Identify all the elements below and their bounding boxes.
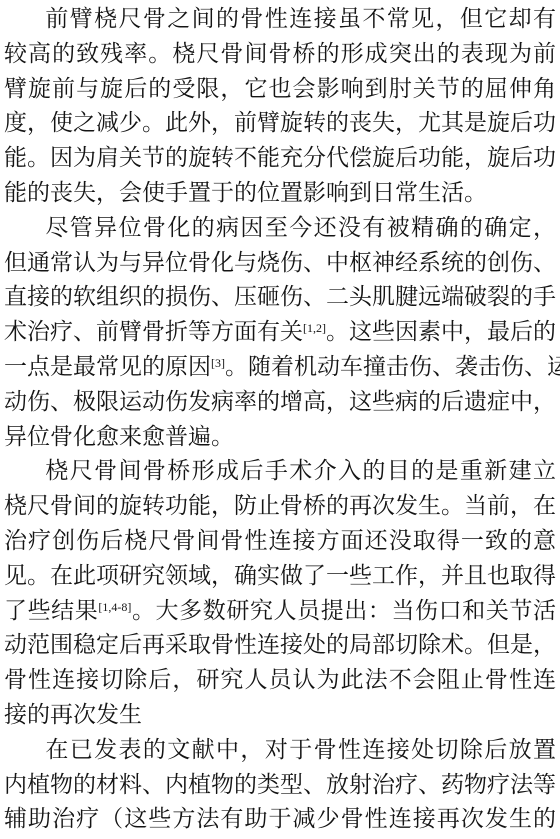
- text-run: 但通常认为与异位骨化与烧伤、中枢神经系统的创伤、: [4, 250, 556, 275]
- text-run: 前臂桡尺骨之间的骨性连接虽不常见，但它却有: [45, 6, 556, 31]
- text-line: 尽管异位骨化的病因至今还没有被精确的确定，: [4, 211, 556, 246]
- paragraph: 尽管异位骨化的病因至今还没有被精确的确定，但通常认为与异位骨化与烧伤、中枢神经系…: [4, 211, 556, 455]
- text-run: 见。在此项研究领域，确实做了一些工作，并且也取得: [4, 563, 556, 588]
- text-line: 动范围稳定后再采取骨性连接处的局部切除术。但是，: [4, 628, 556, 663]
- text-run: 一点是最常见的原因: [4, 354, 211, 379]
- text-line: 异位骨化愈来愈普遍。: [4, 420, 556, 455]
- text-line: 但通常认为与异位骨化与烧伤、中枢神经系统的创伤、: [4, 246, 556, 281]
- text-line: 治疗创伤后桡尺骨间骨性连接方面还没取得一致的意: [4, 524, 556, 559]
- text-run: 在已发表的文献中，对于骨性连接处切除后放置: [45, 737, 556, 762]
- text-line: 桡尺骨间的旋转功能，防止骨桥的再次发生。当前，在: [4, 489, 556, 524]
- text-line: 能的丧失，会使手置于的位置影响到日常生活。: [4, 176, 556, 211]
- text-run: 直接的软组织的损伤、压砸伤、二头肌腱远端破裂的手: [4, 284, 556, 309]
- text-run: 。这些因素中，最后的: [326, 319, 556, 344]
- text-line: 术治疗、前臂骨折等方面有关[1,2]。这些因素中，最后的: [4, 315, 556, 350]
- text-run: 异位骨化愈来愈普遍。: [4, 424, 234, 449]
- text-line: 内植物的材料、内植物的类型、放射治疗、药物疗法等: [4, 768, 556, 803]
- text-line: 一点是最常见的原因[3]。随着机动车撞击伤、袭击伤、运: [4, 350, 556, 385]
- text-line: 桡尺骨间骨桥形成后手术介入的目的是重新建立: [4, 454, 556, 489]
- text-run: 治疗创伤后桡尺骨间骨性连接方面还没取得一致的意: [4, 528, 556, 553]
- text-line: 动伤、极限运动伤发病率的增高，这些病的后遗症中，: [4, 385, 556, 420]
- text-line: 度，使之减少。此外，前臂旋转的丧失，尤其是旋后功: [4, 106, 556, 141]
- text-run: 桡尺骨间骨桥形成后手术介入的目的是重新建立: [45, 458, 556, 483]
- text-run: 能的丧失，会使手置于的位置影响到日常生活。: [4, 180, 487, 205]
- citation-ref: [3]: [211, 356, 225, 370]
- text-line: 直接的软组织的损伤、压砸伤、二头肌腱远端破裂的手: [4, 280, 556, 315]
- text-line: 辅助治疗（这些方法有助于减少骨性连接再次发生的: [4, 802, 556, 837]
- text-line: 了些结果[1,4-8]。大多数研究人员提出：当伤口和关节活: [4, 594, 556, 629]
- text-run: 能。因为肩关节的旋转不能充分代偿旋后功能，旋后功: [4, 145, 556, 170]
- text-run: 动伤、极限运动伤发病率的增高，这些病的后遗症中，: [4, 389, 556, 414]
- paragraph: 前臂桡尺骨之间的骨性连接虽不常见，但它却有较高的致残率。桡尺骨间骨桥的形成突出的…: [4, 2, 556, 211]
- citation-ref: [1,4-8]: [98, 600, 131, 614]
- text-run: 动范围稳定后再采取骨性连接处的局部切除术。但是，: [4, 632, 556, 657]
- text-run: 桡尺骨间的旋转功能，防止骨桥的再次发生。当前，在: [4, 493, 556, 518]
- text-run: 较高的致残率。桡尺骨间骨桥的形成突出的表现为前: [4, 41, 556, 66]
- text-run: 了些结果: [4, 598, 98, 623]
- text-run: 接的再次发生: [4, 702, 142, 727]
- text-line: 在已发表的文献中，对于骨性连接处切除后放置: [4, 733, 556, 768]
- text-line: 较高的致残率。桡尺骨间骨桥的形成突出的表现为前: [4, 37, 556, 72]
- text-run: 术治疗、前臂骨折等方面有关: [4, 319, 303, 344]
- text-line: 骨性连接切除后，研究人员认为此法不会阻止骨性连: [4, 663, 556, 698]
- paragraph: 在已发表的文献中，对于骨性连接处切除后放置内植物的材料、内植物的类型、放射治疗、…: [4, 733, 556, 837]
- text-run: 内植物的材料、内植物的类型、放射治疗、药物疗法等: [4, 772, 556, 797]
- text-run: 。随着机动车撞击伤、袭击伤、运: [225, 354, 560, 379]
- text-run: 尽管异位骨化的病因至今还没有被精确的确定，: [45, 215, 556, 240]
- paragraph: 桡尺骨间骨桥形成后手术介入的目的是重新建立桡尺骨间的旋转功能，防止骨桥的再次发生…: [4, 454, 556, 732]
- text-run: 辅助治疗（这些方法有助于减少骨性连接再次发生的: [4, 806, 556, 831]
- document-page: 前臂桡尺骨之间的骨性连接虽不常见，但它却有较高的致残率。桡尺骨间骨桥的形成突出的…: [0, 0, 560, 839]
- text-line: 能。因为肩关节的旋转不能充分代偿旋后功能，旋后功: [4, 141, 556, 176]
- text-line: 接的再次发生: [4, 698, 556, 733]
- text-run: 度，使之减少。此外，前臂旋转的丧失，尤其是旋后功: [4, 110, 556, 135]
- text-line: 臂旋前与旋后的受限，它也会影响到肘关节的屈伸角: [4, 72, 556, 107]
- citation-ref: [1,2]: [303, 321, 326, 335]
- text-run: 。大多数研究人员提出：当伤口和关节活: [131, 598, 556, 623]
- text-line: 见。在此项研究领域，确实做了一些工作，并且也取得: [4, 559, 556, 594]
- text-line: 前臂桡尺骨之间的骨性连接虽不常见，但它却有: [4, 2, 556, 37]
- text-run: 骨性连接切除后，研究人员认为此法不会阻止骨性连: [4, 667, 556, 692]
- text-run: 臂旋前与旋后的受限，它也会影响到肘关节的屈伸角: [4, 76, 556, 101]
